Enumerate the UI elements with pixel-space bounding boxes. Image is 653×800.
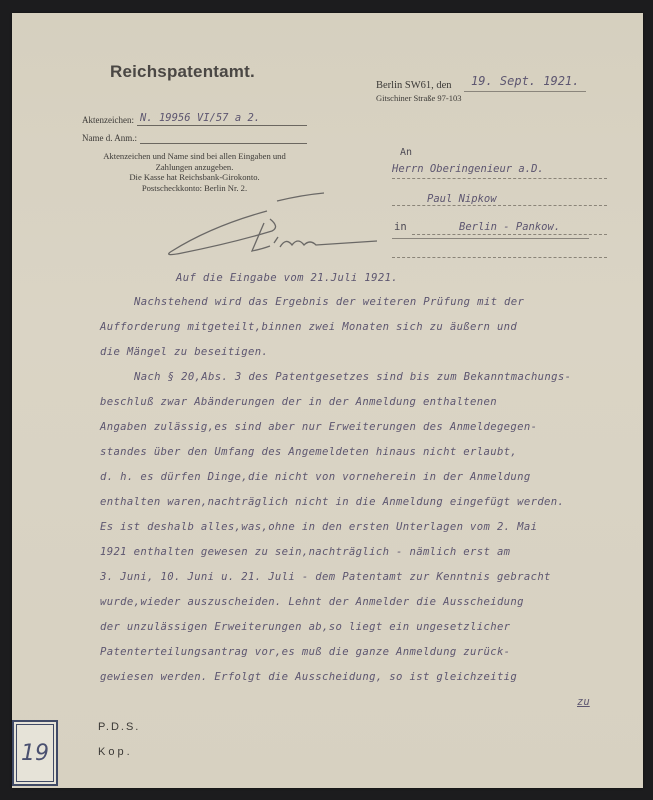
recipient-line1: Herrn Oberingenieur a.D. <box>392 163 544 175</box>
date-value: 19. Sept. 1921. <box>471 74 579 88</box>
aktenzeichen-value: N. 19956 VI/57 a 2. <box>140 112 260 124</box>
body-line: 3. Juni, 10. Juni u. 21. Juli - dem Pate… <box>100 571 551 583</box>
recipient-line1-rule <box>392 178 607 179</box>
aktenzeichen-underline <box>137 125 307 126</box>
body-line: Nach § 20,Abs. 3 des Patentgesetzes sind… <box>134 371 571 383</box>
address: Gitschiner Straße 97-103 <box>376 93 461 103</box>
document-page: Reichspatentamt. Aktenzeichen: N. 19956 … <box>12 13 643 788</box>
aktenzeichen-label: Aktenzeichen: <box>82 115 134 125</box>
in-label: in <box>394 221 407 233</box>
signature-icon <box>152 191 392 261</box>
aktenzeichen-field: Aktenzeichen: N. 19956 VI/57 a 2. <box>82 112 307 126</box>
letterhead-note: Aktenzeichen und Name sind bei allen Ein… <box>82 151 307 193</box>
kop-label: Kop. <box>98 746 133 758</box>
body-line: 1921 enthalten gewesen zu sein,nachträgl… <box>100 546 510 558</box>
note-line: Aktenzeichen und Name sind bei allen Ein… <box>82 151 307 162</box>
body-line: der unzulässigen Erweiterungen ab,so lie… <box>100 621 510 633</box>
body-line: Aufforderung mitgeteilt,binnen zwei Mona… <box>100 321 517 333</box>
name-field: Name d. Anm.: <box>82 131 307 145</box>
body-line: Angaben zulässig,es sind aber nur Erweit… <box>100 421 537 433</box>
place-label: Berlin SW61, den <box>376 80 452 91</box>
name-underline <box>140 143 307 144</box>
body-line: wurde,wieder auszuscheiden. Lehnt der An… <box>100 596 524 608</box>
subject-line: Auf die Eingabe vom 21.Juli 1921. <box>176 272 398 284</box>
recipient-line2-rule <box>392 205 607 206</box>
place-date: Berlin SW61, den 19. Sept. 1921. Gitschi… <box>376 71 586 101</box>
recipient-city: Berlin - Pankow. <box>459 221 560 233</box>
archive-stamp: 19 <box>12 720 58 786</box>
body-line: Es ist deshalb alles,was,ohne in den ers… <box>100 521 537 533</box>
body-line: Patenterteilungsantrag vor,es muß die ga… <box>100 646 510 658</box>
body-line: d. h. es dürfen Dinge,die nicht von vorn… <box>100 471 531 483</box>
recipient-city-double-rule <box>392 238 589 239</box>
body-line: enthalten waren,nachträglich nicht in di… <box>100 496 564 508</box>
body-line: beschluß zwar Abänderungen der in der An… <box>100 396 497 408</box>
note-line: Die Kasse hat Reichsbank-Girokonto. <box>82 172 307 183</box>
continuation-word: zu <box>577 696 590 708</box>
body-line: Nachstehend wird das Ergebnis der weiter… <box>134 296 524 308</box>
recipient-line2: Paul Nipkow <box>427 193 497 205</box>
recipient-block: An Herrn Oberingenieur a.D. Paul Nipkow … <box>392 141 607 261</box>
signature <box>152 191 392 261</box>
stamp-number: 19 <box>16 724 54 782</box>
letterhead-title: Reichspatentamt. <box>110 62 255 82</box>
recipient-city-rule <box>412 234 607 235</box>
recipient-bottom-rule <box>392 257 607 258</box>
body-line: gewiesen werden. Erfolgt die Ausscheidun… <box>100 671 517 683</box>
pds-label: P.D.S. <box>98 721 140 733</box>
an-label: An <box>400 147 412 158</box>
date-underline <box>464 91 586 92</box>
note-line: Zahlungen anzugeben. <box>82 162 307 173</box>
name-label: Name d. Anm.: <box>82 133 137 143</box>
body-line: standes über den Umfang des Angemeldeten… <box>100 446 517 458</box>
body-line: die Mängel zu beseitigen. <box>100 346 268 358</box>
